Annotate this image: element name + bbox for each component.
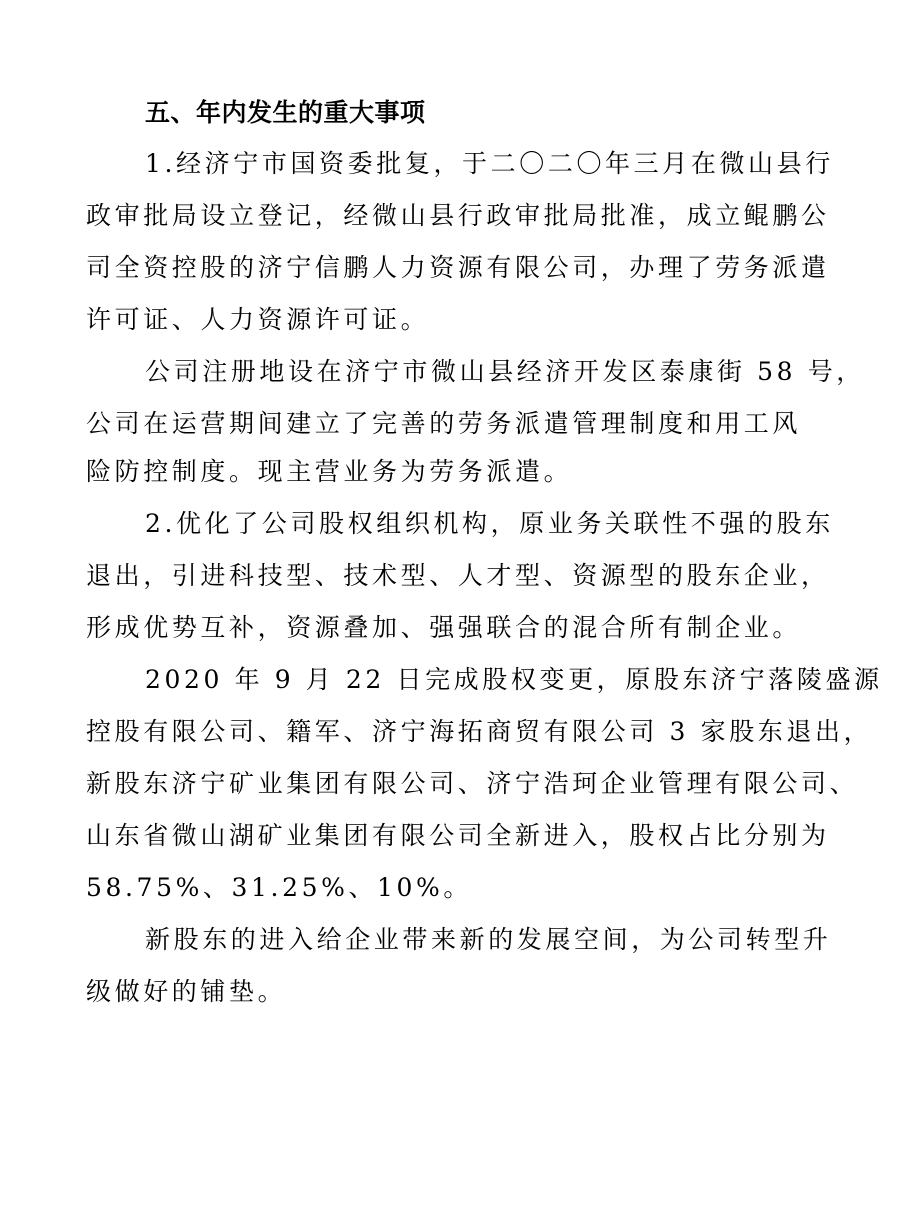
paragraph-line: 2020 年 9 月 22 日完成股权变更，原股东济宁落陵盛源 [145,663,883,697]
paragraph-line: 形成优势互补，资源叠加、强强联合的混合所有制企业。 [86,611,801,645]
paragraph-line: 司全资控股的济宁信鹏人力资源有限公司，办理了劳务派遣 [86,251,830,285]
paragraph-line: 许可证、人力资源许可证。 [86,303,429,337]
paragraph-line: 新股东的进入给企业带来新的发展空间，为公司转型升 [145,923,831,957]
paragraph-line: 山东省微山湖矿业集团有限公司全新进入，股权占比分别为 [86,819,830,853]
section-heading: 五、年内发生的重大事项 [145,96,426,130]
paragraph-line: 公司在运营期间建立了完善的劳务派遣管理制度和用工风 [86,407,801,441]
paragraph-line: 1.经济宁市国资委批复，于二〇二〇年三月在微山县行 [145,147,834,181]
document-page: 五、年内发生的重大事项 1.经济宁市国资委批复，于二〇二〇年三月在微山县行 政审… [0,0,922,1209]
paragraph-line: 退出，引进科技型、技术型、人才型、资源型的股东企业， [86,559,830,593]
paragraph-line: 政审批局设立登记，经微山县行政审批局批准，成立鲲鹏公 [86,199,830,233]
paragraph-line: 险防控制度。现主营业务为劳务派遣。 [86,455,572,489]
paragraph-line: 58.75%、31.25%、10%。 [86,871,472,905]
paragraph-line: 控股有限公司、籍军、济宁海拓商贸有限公司 3 家股东退出， [86,715,872,749]
paragraph-line: 新股东济宁矿业集团有限公司、济宁浩珂企业管理有限公司、 [86,767,858,801]
paragraph-line: 2.优化了公司股权组织机构，原业务关联性不强的股东 [145,507,834,541]
paragraph-line: 级做好的铺垫。 [86,975,286,1009]
paragraph-line: 公司注册地设在济宁市微山县经济开发区泰康街 58 号， [145,355,865,389]
